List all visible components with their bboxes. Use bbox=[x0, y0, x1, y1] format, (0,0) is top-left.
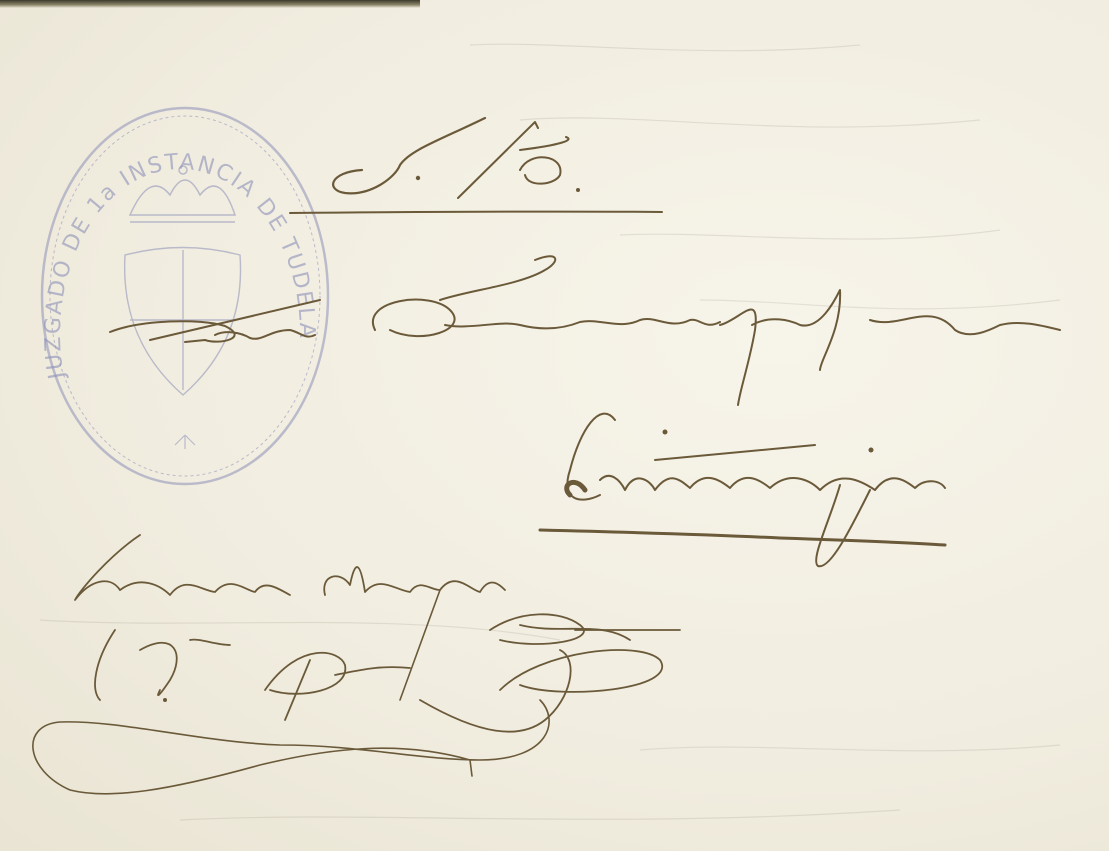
official-stamp: JUZGADO DE 1a INSTANCIA DE TUDELA bbox=[41, 108, 328, 484]
signature-flourish bbox=[33, 700, 549, 794]
annotation-line2-handwriting bbox=[95, 614, 680, 731]
stamp-ornament-icon bbox=[175, 435, 195, 449]
annotation-line1-handwriting bbox=[75, 535, 505, 700]
address-line2-handwriting bbox=[540, 414, 945, 567]
prefix-handwriting bbox=[290, 118, 662, 213]
letter-cover: JUZGADO DE 1a INSTANCIA DE TUDELA bbox=[0, 0, 1109, 851]
stamp-legend: JUZGADO DE 1a INSTANCIA DE TUDELA bbox=[41, 150, 319, 383]
manuscript-drawing: JUZGADO DE 1a INSTANCIA DE TUDELA bbox=[0, 0, 1109, 851]
address-line1-handwriting bbox=[110, 256, 1060, 405]
